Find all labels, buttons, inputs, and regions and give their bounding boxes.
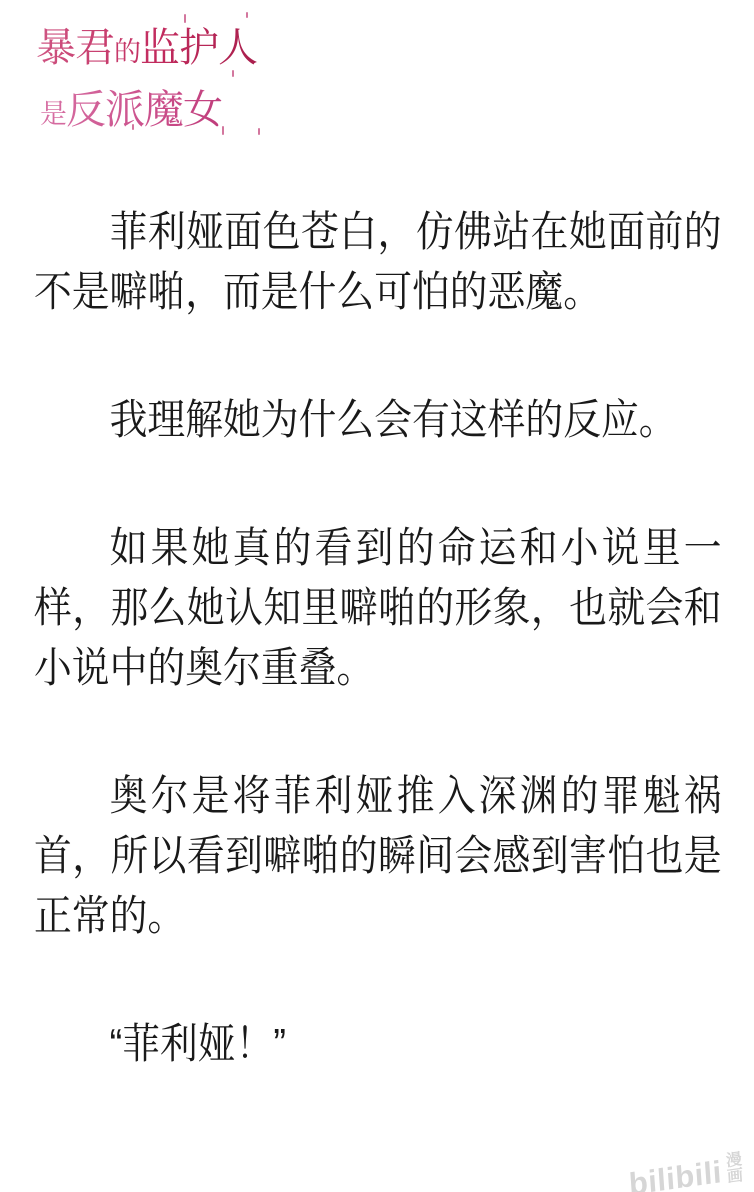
manhua-char-bottom: 画	[727, 1168, 744, 1186]
paragraph: 如果她真的看到的命运和小说里一样，那么她认知里噼啪的形象，也就会和小说中的奥尔重…	[34, 518, 722, 698]
decorative-tick	[246, 12, 248, 18]
decorative-tick	[184, 14, 186, 23]
paragraph-dialogue: “菲利娅！”	[34, 1014, 722, 1074]
series-logo: 暴君的监护人 是反派魔女	[36, 22, 257, 140]
logo-text-line1-part1: 暴君	[36, 25, 114, 70]
novel-text: 菲利娅面色苍白，仿佛站在她面前的不是噼啪，而是什么可怕的恶魔。 我理解她为什么会…	[34, 202, 722, 1074]
logo-text-line1-part2: 监护人	[140, 25, 257, 70]
decorative-tick	[222, 126, 224, 135]
paragraph: 奥尔是将菲利娅推入深渊的罪魁祸首，所以看到噼啪的瞬间会感到害怕也是正常的。	[34, 766, 722, 946]
logo-text-line2-part: 反派魔女	[66, 87, 222, 132]
novel-page: 暴君的监护人 是反派魔女 菲利娅面色苍白，仿佛站在她面前的不是噼啪，而是什么可怕…	[0, 0, 754, 1192]
logo-line-1: 暴君的监护人	[36, 22, 257, 78]
paragraph: 菲利娅面色苍白，仿佛站在她面前的不是噼啪，而是什么可怕的恶魔。	[34, 202, 722, 322]
logo-text-line1-small: 的	[114, 37, 140, 67]
logo-text-line2-small: 是	[40, 99, 66, 129]
manhua-label: 漫 画	[726, 1152, 744, 1186]
decorative-tick	[132, 124, 134, 130]
decorative-tick	[232, 70, 234, 77]
bilibili-logo-text: bilibili	[628, 1155, 723, 1192]
paragraph: 我理解她为什么会有这样的反应。	[34, 390, 722, 450]
bilibili-watermark: bilibili 漫 画	[628, 1152, 744, 1192]
decorative-tick	[258, 128, 260, 135]
